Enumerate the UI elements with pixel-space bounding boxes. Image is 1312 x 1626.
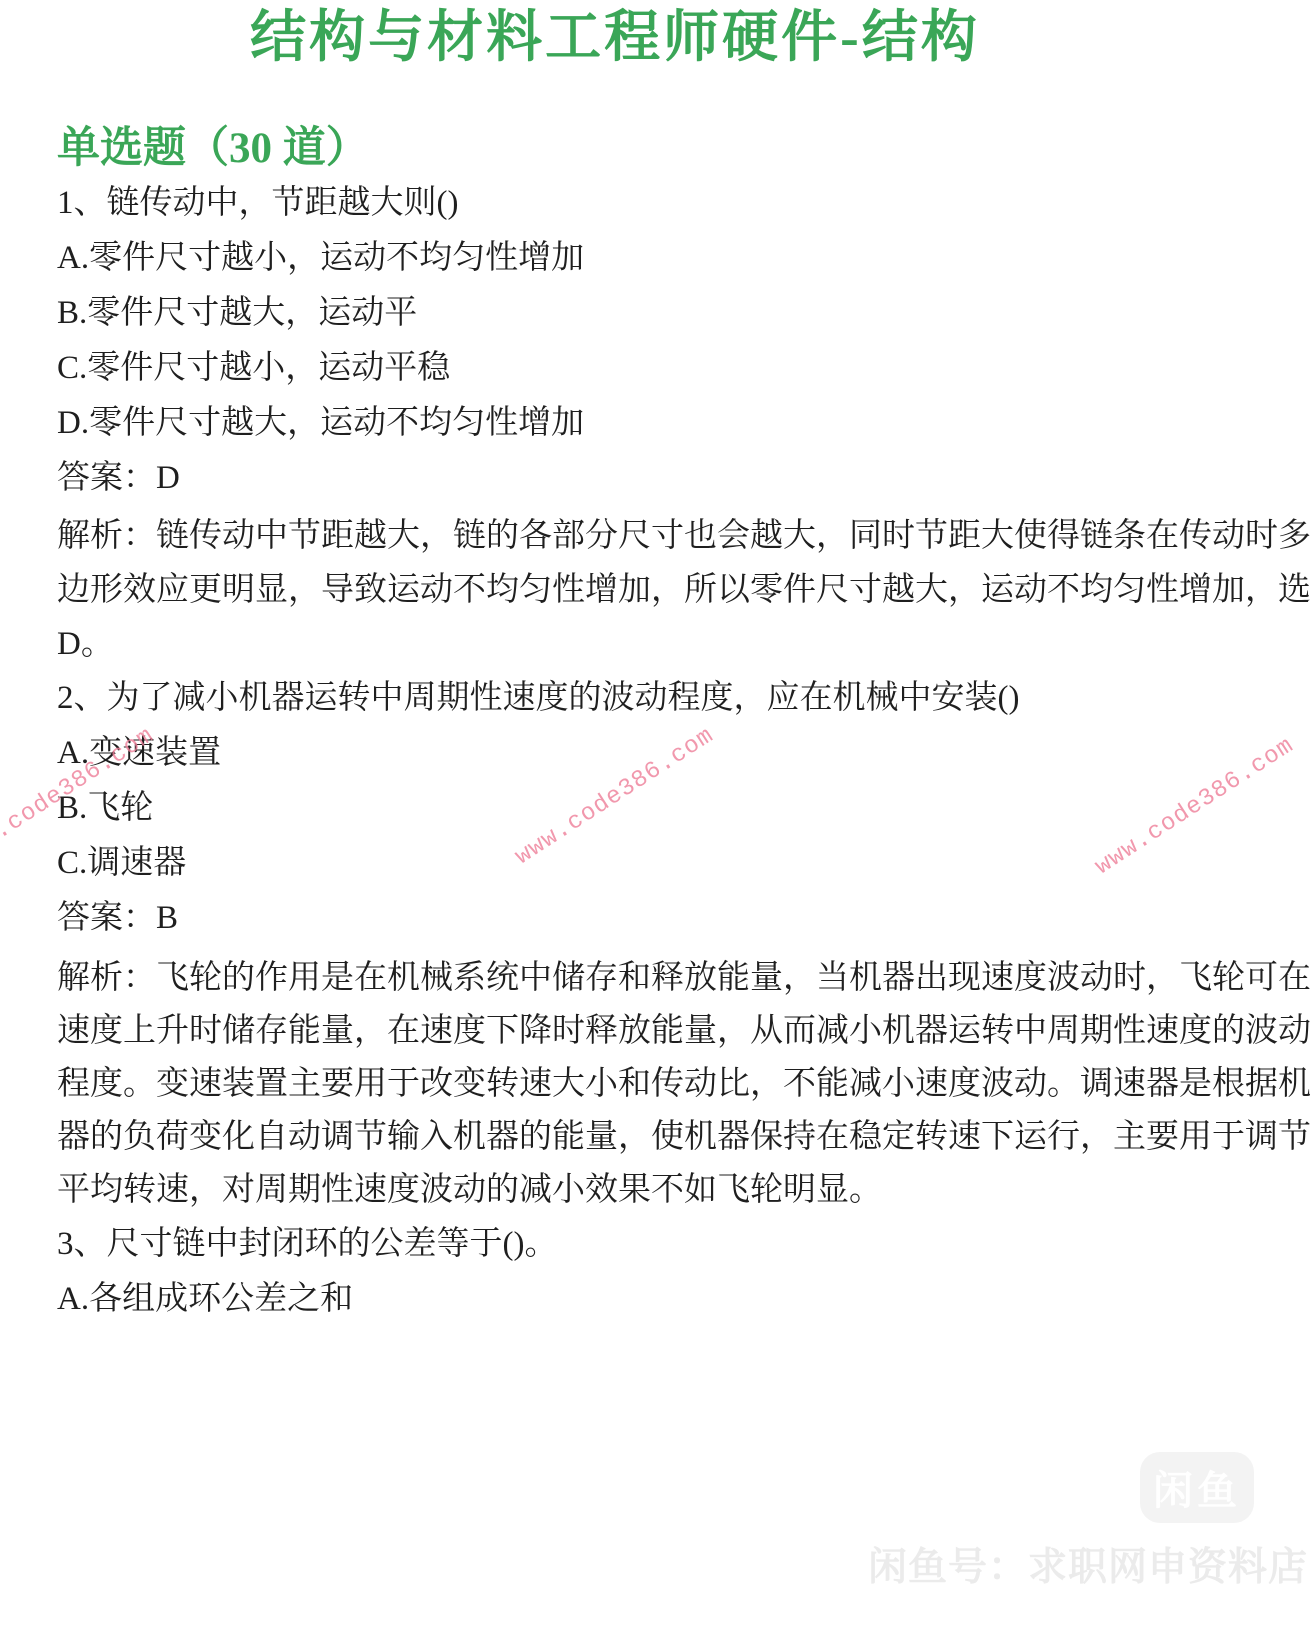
question-2-option-b: B.飞轮 bbox=[57, 781, 1257, 836]
question-2-option-c: C.调速器 bbox=[57, 836, 1257, 891]
analysis-line: 解析：飞轮的作用是在机械系统中储存和释放能量，当机器出现速度波动时，飞轮可在 bbox=[57, 952, 1257, 1005]
question-1-option-d: D.零件尺寸越大，运动不均匀性增加 bbox=[57, 396, 1257, 451]
section-heading: 单选题（30 道） bbox=[57, 122, 1257, 176]
question-2-text: 2、为了减小机器运转中周期性速度的波动程度，应在机械中安装() bbox=[57, 671, 1257, 726]
question-1-answer: 答案：D bbox=[57, 451, 1257, 506]
question-block-3: 3、尺寸链中封闭环的公差等于()。 A.各组成环公差之和 bbox=[57, 1217, 1257, 1327]
question-3-option-a: A.各组成环公差之和 bbox=[57, 1272, 1257, 1327]
question-1-option-c: C.零件尺寸越小，运动平稳 bbox=[57, 341, 1257, 396]
analysis-line: 边形效应更明显，导致运动不均匀性增加，所以零件尺寸越大，运动不均匀性增加，选 bbox=[57, 563, 1257, 617]
analysis-line: 程度。变速装置主要用于改变转速大小和传动比，不能减小速度波动。调速器是根据机 bbox=[57, 1058, 1257, 1111]
question-3-text: 3、尺寸链中封闭环的公差等于()。 bbox=[57, 1217, 1257, 1272]
document-content: 结构与材料工程师硬件-结构 单选题（30 道） 1、链传动中，节距越大则() A… bbox=[57, 0, 1257, 1327]
question-1-option-b: B.零件尺寸越大，运动平 bbox=[57, 286, 1257, 341]
question-2-analysis: 解析：飞轮的作用是在机械系统中储存和释放能量，当机器出现速度波动时，飞轮可在 速… bbox=[57, 952, 1257, 1217]
question-1-text: 1、链传动中，节距越大则() bbox=[57, 176, 1257, 231]
xianyu-seller-text: 闲鱼号：求职网申资料店 bbox=[868, 1536, 1308, 1592]
xianyu-logo-text: 闲鱼 bbox=[1153, 1459, 1241, 1516]
question-1-analysis: 解析：链传动中节距越大，链的各部分尺寸也会越大，同时节距大使得链条在传动时多 边… bbox=[57, 509, 1257, 671]
question-block-2: 2、为了减小机器运转中周期性速度的波动程度，应在机械中安装() A.变速装置 B… bbox=[57, 671, 1257, 1217]
page-title: 结构与材料工程师硬件-结构 bbox=[57, 4, 1173, 72]
analysis-line: 平均转速，对周期性速度波动的减小效果不如飞轮明显。 bbox=[57, 1164, 1257, 1217]
question-block-1: 1、链传动中，节距越大则() A.零件尺寸越小，运动不均匀性增加 B.零件尺寸越… bbox=[57, 176, 1257, 671]
analysis-line: 解析：链传动中节距越大，链的各部分尺寸也会越大，同时节距大使得链条在传动时多 bbox=[57, 509, 1257, 563]
document-page: 结构与材料工程师硬件-结构 单选题（30 道） 1、链传动中，节距越大则() A… bbox=[0, 0, 1312, 1626]
analysis-line: D。 bbox=[57, 617, 1257, 671]
question-2-option-a: A.变速装置 bbox=[57, 726, 1257, 781]
question-2-answer: 答案：B bbox=[57, 891, 1257, 946]
analysis-line: 器的负荷变化自动调节输入机器的能量，使机器保持在稳定转速下运行，主要用于调节 bbox=[57, 1111, 1257, 1164]
question-1-option-a: A.零件尺寸越小，运动不均匀性增加 bbox=[57, 231, 1257, 286]
analysis-line: 速度上升时储存能量，在速度下降时释放能量，从而减小机器运转中周期性速度的波动 bbox=[57, 1005, 1257, 1058]
xianyu-logo: 闲鱼 bbox=[1140, 1452, 1254, 1523]
